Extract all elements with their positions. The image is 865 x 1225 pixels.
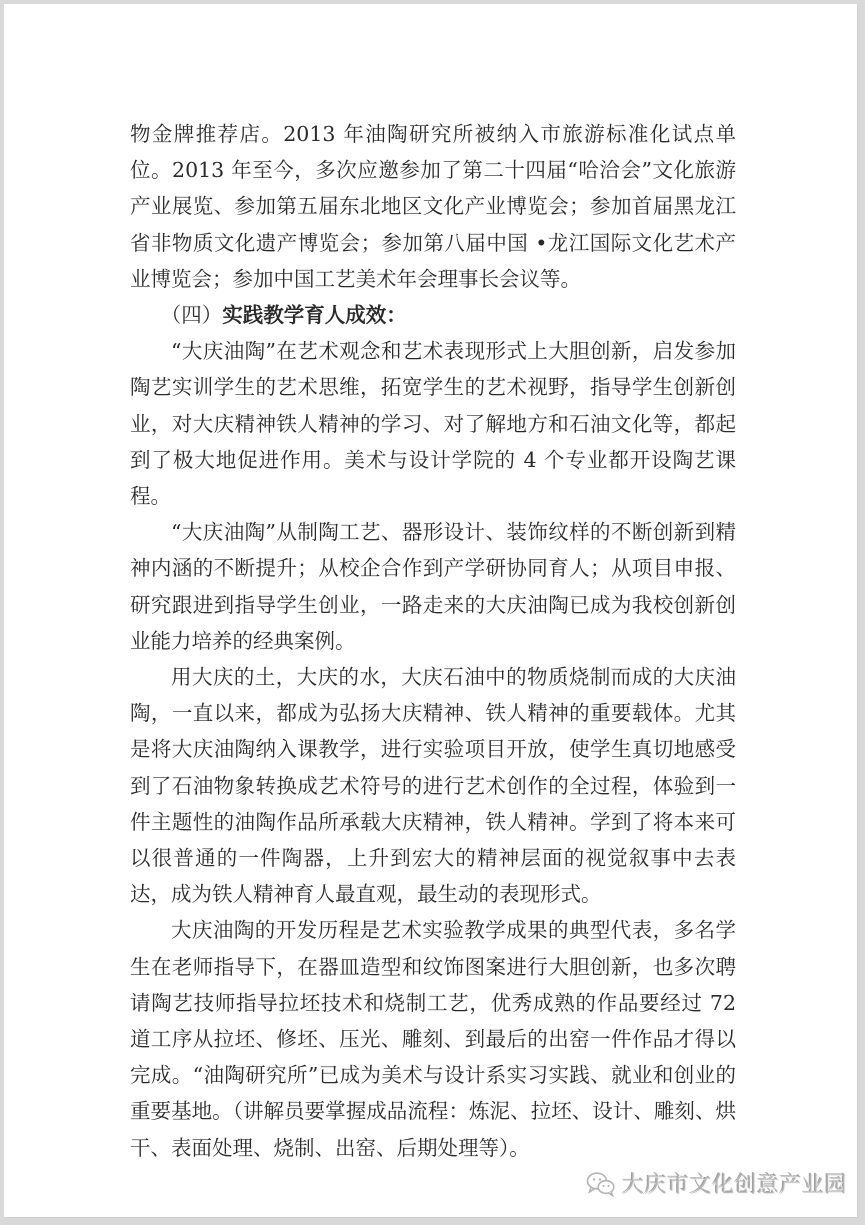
wechat-icon (586, 1171, 616, 1197)
paragraph: “大庆油陶”在艺术观念和艺术表现形式上大胆创新，启发参加陶艺实训学生的艺术思维，… (130, 333, 736, 514)
document-page: 物金牌推荐店。2013 年油陶研究所被纳入市旅游标准化试点单位。2013 年至今… (4, 4, 857, 1217)
section-number: （四） (161, 303, 223, 327)
document-body: 物金牌推荐店。2013 年油陶研究所被纳入市旅游标准化试点单位。2013 年至今… (130, 116, 736, 1166)
paragraph-continuation: 物金牌推荐店。2013 年油陶研究所被纳入市旅游标准化试点单位。2013 年至今… (130, 116, 736, 297)
watermark-text: 大庆市文化创意产业园 (622, 1168, 847, 1199)
paragraph: “大庆油陶”从制陶工艺、器形设计、装饰纹样的不断创新到精神内涵的不断提升；从校企… (130, 514, 736, 659)
section-heading: （四）实践教学育人成效： (130, 297, 736, 333)
section-title: 实践教学育人成效： (222, 303, 407, 327)
paragraph: 大庆油陶的开发历程是艺术实验教学成果的典型代表，多名学生在老师指导下，在器皿造型… (130, 912, 736, 1165)
wechat-watermark: 大庆市文化创意产业园 (586, 1168, 847, 1199)
paragraph: 用大庆的土，大庆的水，大庆石油中的物质烧制而成的大庆油陶，一直以来，都成为弘扬大… (130, 659, 736, 912)
